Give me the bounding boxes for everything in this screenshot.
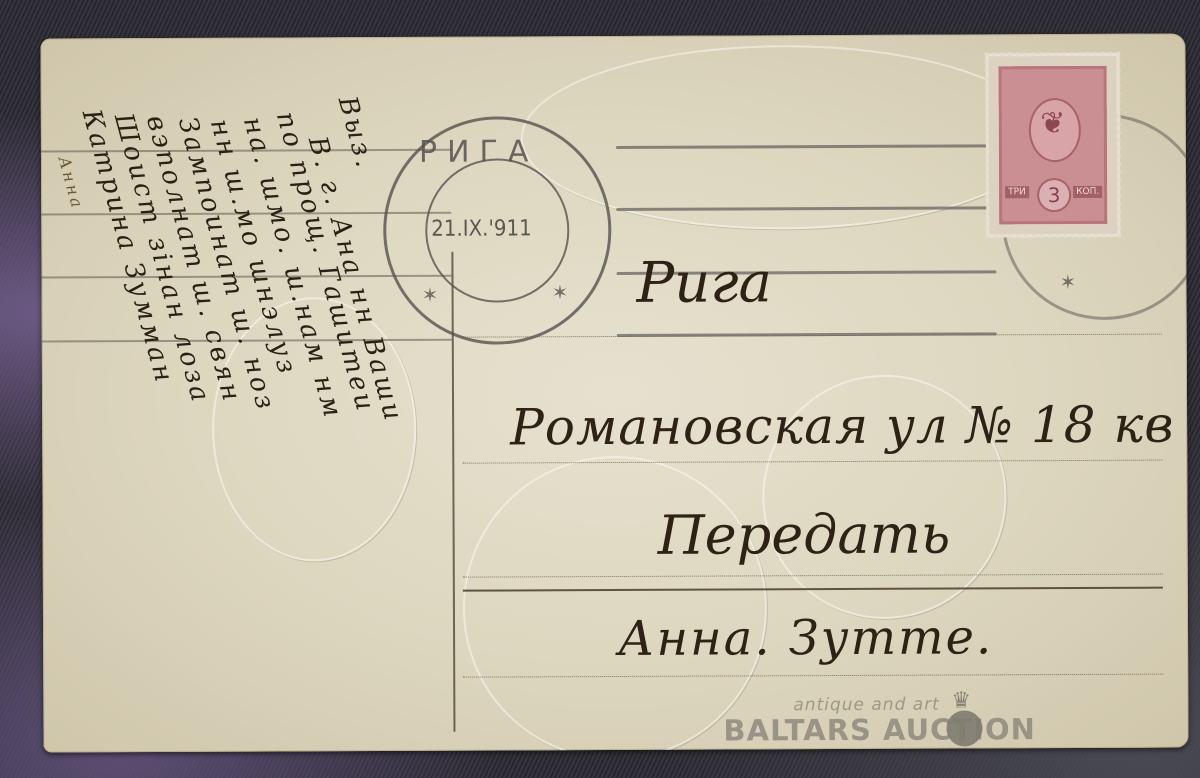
star-icon: ✶: [1059, 270, 1076, 294]
postcard: РИГА 21.IX.'911 ✶ ✶ ✶ ❦ ТРИ 3 КОП. Рига …: [40, 34, 1188, 753]
stamp-left-label: ТРИ: [1005, 186, 1029, 198]
stamp-design: ❦ ТРИ 3 КОП.: [999, 66, 1108, 224]
watermark: antique and art ♛ BALTARS AUCTION HOUSE: [723, 694, 1123, 753]
postage-stamp: ❦ ТРИ 3 КОП.: [989, 56, 1118, 235]
message-line: Выз.: [332, 93, 381, 173]
watermark-name: BALTARS AUCTION HOUSE: [723, 712, 1123, 753]
address-city: Рига: [636, 250, 772, 316]
message-closing: Анна: [55, 154, 88, 212]
emboss-ornament: [462, 455, 767, 752]
eagle-icon: ❦: [1029, 106, 1077, 141]
address-rule: [462, 334, 1162, 338]
stamp-right-label: КОП.: [1073, 186, 1102, 198]
stamp-value: 3: [1037, 178, 1071, 212]
address-forward: Передать: [657, 503, 950, 567]
address-street: Романовская ул № 18 кв 2: [510, 395, 1189, 456]
message-area: Выз. В. г. Ана нн Ваши по прощ. Гашитеи …: [61, 53, 449, 745]
address-recipient: Анна. Зутте.: [618, 609, 993, 667]
star-icon: ✶: [552, 280, 569, 304]
